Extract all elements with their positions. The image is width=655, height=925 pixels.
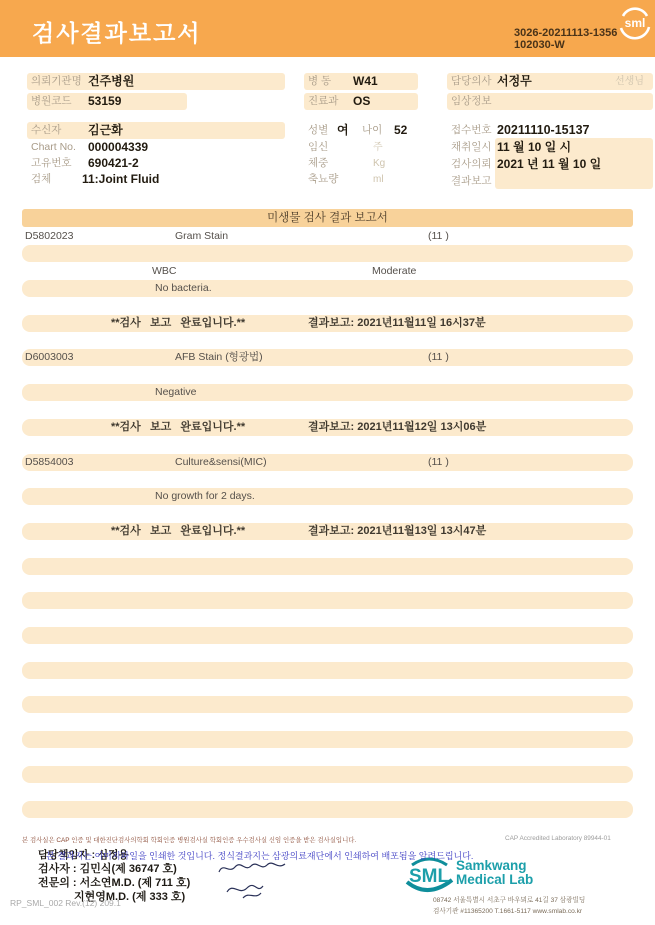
field-label: 체중: [308, 155, 328, 172]
field-hospital-code: 병원코드 53159: [27, 93, 187, 110]
field-doctor: 담당의사 서정무 선생님: [447, 73, 653, 90]
field-weight: 체중 Kg: [304, 155, 418, 172]
field-pregnancy: 임신 주: [304, 139, 418, 156]
table-row: [22, 749, 633, 766]
result-table: 미생물 검사 결과 보고서 D5802023Gram Stain(11 )WBC…: [22, 209, 633, 837]
table-cell: **검사 보고 완료입니다.**: [111, 315, 245, 332]
field-urine: 축뇨량 ml: [304, 171, 418, 188]
field-unique-no: 고유번호 690421-2: [27, 155, 285, 172]
lab-name: Samkwang Medical Lab: [456, 859, 533, 887]
table-cell: Moderate: [372, 263, 416, 280]
field-label: 결과보고: [451, 173, 492, 190]
table-row: **검사 보고 완료입니다.**결과보고: 2021년11월13일 13시47분: [22, 523, 633, 540]
field-patient-name: 수신자 김근화: [27, 122, 285, 139]
field-value: 11:Joint Fluid: [82, 171, 159, 188]
table-row: [22, 558, 633, 575]
field-label: 수신자: [31, 122, 61, 139]
field-value: 53159: [88, 93, 121, 110]
field-label: 병 동: [308, 73, 331, 90]
field-value: 52: [394, 122, 407, 139]
sml-logo-icon: sml: [616, 4, 654, 47]
print-notice: 본 결과지는 이미지파일을 인쇄한 것입니다. 정식결과지는 삼광의료재단에서 …: [46, 849, 473, 862]
field-label: 검사의뢰: [451, 156, 492, 173]
table-row: Negative: [22, 384, 633, 401]
table-row: **검사 보고 완료입니다.**결과보고: 2021년11월11일 16시37분: [22, 315, 633, 332]
table-cell: 결과보고: 2021년11월12일 13시06분: [308, 419, 486, 436]
field-value: 000004339: [88, 139, 148, 156]
table-row: [22, 627, 633, 644]
lab-address: 08742 서울특별시 서초구 바우뫼로 41길 37 삼광빌딩: [433, 894, 585, 904]
table-row: [22, 297, 633, 314]
lab-name-line2: Medical Lab: [456, 873, 533, 887]
field-value: 11 월 10 일 시: [497, 139, 571, 156]
field-label: 임상정보: [451, 93, 492, 110]
lab-contact: 검사기관 #11365200 T.1661-5117 www.smlab.co.…: [433, 905, 582, 915]
table-cell: Gram Stain: [175, 228, 228, 245]
field-unit: Kg: [373, 155, 385, 172]
table-row: [22, 471, 633, 488]
field-unit: ml: [373, 171, 384, 188]
table-cell: D5854003: [25, 454, 73, 471]
table-cell: 결과보고: 2021년11월13일 13시47분: [308, 523, 486, 540]
table-row: No bacteria.: [22, 280, 633, 297]
table-row: D5802023Gram Stain(11 ): [22, 228, 633, 245]
page-title: 검사결과보고서: [32, 15, 202, 48]
table-row: [22, 245, 633, 262]
table-row: [22, 662, 633, 679]
report-number: 3026-20211113-1356: [514, 27, 617, 39]
table-row: [22, 714, 633, 731]
table-cell: No bacteria.: [155, 280, 212, 297]
table-cell: No growth for 2 days.: [155, 488, 255, 505]
table-row: [22, 818, 633, 835]
table-row: [22, 610, 633, 627]
accreditation-note-kr: 본 검사실은 CAP 인증 및 대한진단검사의학회 학회인증 병원검사실 학회인…: [22, 835, 356, 844]
table-row: [22, 506, 633, 523]
svg-text:sml: sml: [625, 16, 646, 30]
table-cell: D5802023: [25, 228, 73, 245]
field-ward: 병 동 W41: [304, 73, 418, 90]
field-suffix: 선생님: [615, 73, 644, 90]
table-row: [22, 731, 633, 748]
table-row: No growth for 2 days.: [22, 488, 633, 505]
table-row: [22, 575, 633, 592]
signature-icon: [213, 858, 298, 908]
field-value: 건주병원: [88, 73, 134, 90]
field-value: 690421-2: [88, 155, 139, 172]
field-value: 김근화: [88, 122, 123, 139]
field-label: 담당의사: [451, 73, 492, 90]
field-label: 진료과: [308, 93, 338, 110]
field-value: OS: [353, 93, 370, 110]
table-row: D5854003Culture&sensi(MIC)(11 ): [22, 454, 633, 471]
table-cell: **검사 보고 완료입니다.**: [111, 523, 245, 540]
field-institution: 의뢰기관명 건주병원: [27, 73, 285, 90]
table-cell: AFB Stain (형광법): [175, 349, 263, 366]
table-cell: WBC: [152, 263, 177, 280]
field-receipt-no: 접수번호 20211110-15137: [447, 122, 653, 139]
report-page: 검사결과보고서 3026-20211113-1356 102030-W sml …: [0, 0, 655, 925]
field-label: 축뇨량: [308, 171, 338, 188]
table-cell: Negative: [155, 384, 196, 401]
table-row: D6003003AFB Stain (형광법)(11 ): [22, 349, 633, 366]
field-sex-age: 성별 여 나이 52: [304, 122, 444, 139]
field-report-date: 결과보고: [447, 173, 653, 190]
field-value: 2021 년 11 월 10 일: [497, 156, 601, 173]
table-cell: 결과보고: 2021년11월11일 16시37분: [308, 315, 486, 332]
field-label: Chart No.: [31, 139, 76, 156]
field-label: 접수번호: [451, 122, 492, 139]
svg-text:SML: SML: [409, 866, 450, 887]
field-label: 고유번호: [31, 155, 72, 172]
field-value: W41: [353, 73, 378, 90]
table-cell: **검사 보고 완료입니다.**: [111, 419, 245, 436]
field-label: 성별: [308, 122, 328, 139]
table-row: **검사 보고 완료입니다.**결과보고: 2021년11월12일 13시06분: [22, 419, 633, 436]
table-row: [22, 402, 633, 419]
field-value: 20211110-15137: [497, 122, 589, 139]
field-request-date: 검사의뢰 2021 년 11 월 10 일: [447, 156, 653, 173]
table-cell: (11 ): [428, 228, 449, 245]
field-label: 채취일시: [451, 139, 492, 156]
table-row: [22, 696, 633, 713]
report-form-code: 102030-W: [514, 39, 617, 51]
field-chart-no: Chart No. 000004339: [27, 139, 285, 156]
field-label: 검체: [31, 171, 51, 188]
section-title: 미생물 검사 결과 보고서: [22, 209, 633, 227]
table-cell: D6003003: [25, 349, 73, 366]
table-row: [22, 801, 633, 818]
field-value: 여: [337, 122, 349, 139]
field-unit: 주: [373, 139, 383, 156]
table-row: [22, 644, 633, 661]
table-row: [22, 592, 633, 609]
table-row: [22, 679, 633, 696]
table-row: [22, 367, 633, 384]
field-collect-date: 채취일시 11 월 10 일 시: [447, 139, 653, 156]
table-cell: Culture&sensi(MIC): [175, 454, 267, 471]
document-code: RP_SML_002 Rev.(12) 209.1: [10, 898, 121, 908]
table-cell: (11 ): [428, 454, 449, 471]
field-value: 서정무: [497, 73, 532, 90]
field-label: 의뢰기관명: [31, 73, 82, 90]
table-row: [22, 540, 633, 557]
table-row: [22, 766, 633, 783]
table-row: [22, 783, 633, 800]
field-specimen: 검체 11:Joint Fluid: [27, 171, 285, 188]
accreditation-note-en: CAP Accredited Laboratory 89944-01: [505, 835, 611, 842]
field-label: 임신: [308, 139, 328, 156]
field-label: 나이: [362, 122, 382, 139]
table-cell: (11 ): [428, 349, 449, 366]
table-row: [22, 332, 633, 349]
table-row: WBCModerate: [22, 263, 633, 280]
field-label: 병원코드: [31, 93, 72, 110]
field-clinical-info: 임상정보: [447, 93, 653, 110]
report-header: 검사결과보고서 3026-20211113-1356 102030-W sml: [0, 0, 655, 57]
table-row: [22, 436, 633, 453]
field-department: 진료과 OS: [304, 93, 418, 110]
